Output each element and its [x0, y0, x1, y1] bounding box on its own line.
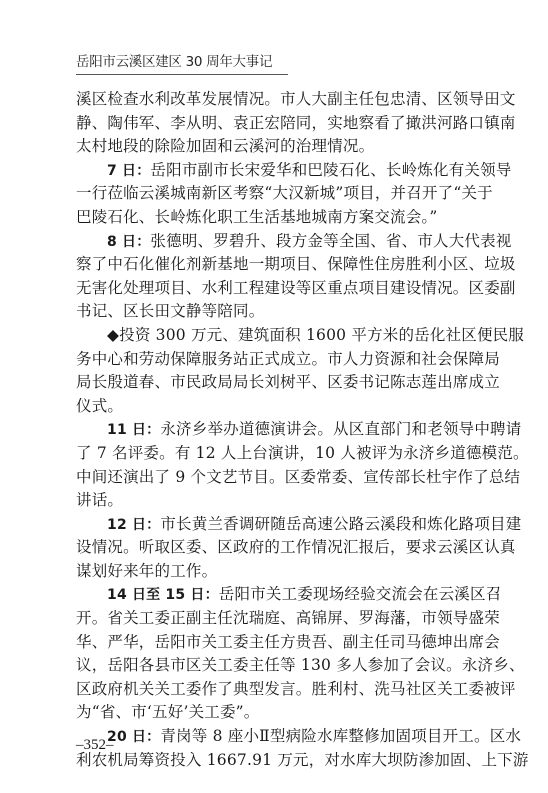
- text-line: 中间还演出了 9 个文艺节目。区委常委、宣传部长杜宇作了总结: [76, 466, 474, 490]
- entry-line: 7 日：岳阳市副市长宋爱华和巴陵石化、长岭炼化有关领导: [76, 159, 474, 183]
- entry-date: 11 日：: [107, 422, 160, 438]
- text-line: 溪区检查水利改革发展情况。市人大副主任包忠清、区领导田文: [76, 88, 474, 112]
- entry-line: ◆投资 300 万元、建筑面积 1600 平方米的岳化社区便民服: [76, 324, 474, 348]
- page-number: –352–: [76, 737, 114, 754]
- entry-line: 20 日：青岗等 8 座小Ⅱ型病险水库整修加固项目开工。区水: [76, 725, 474, 749]
- text-line: 无害化处理项目、水利工程建设等区重点项目建设情况。区委副: [76, 277, 474, 301]
- text-line: 讲话。: [76, 489, 474, 513]
- entry-date: 14 日至 15 日：: [107, 587, 219, 603]
- text-line: 谋划好来年的工作。: [76, 560, 474, 584]
- running-header: 岳阳市云溪区建区 30 周年大事记: [76, 50, 288, 70]
- text-line: 仪式。: [76, 395, 474, 419]
- header-rule: [76, 74, 288, 75]
- text-line: 务中心和劳动保障服务站正式成立。市人力资源和社会保障局: [76, 348, 474, 372]
- entry-line: 12 日：市长黄兰香调研随岳高速公路云溪段和炼化路项目建: [76, 513, 474, 537]
- text-line: 察了中石化催化剂新基地一期项目、保障性住房胜利小区、垃圾: [76, 253, 474, 277]
- text-line: 书记、区长田文静等陪同。: [76, 300, 474, 324]
- entry-date: 7 日：: [107, 163, 150, 179]
- entry-date: 8 日：: [107, 234, 150, 250]
- entry-date: 20 日：: [107, 729, 160, 745]
- diamond-bullet-icon: ◆: [107, 326, 119, 344]
- text-line: 议，岳阳各县市区关工委主任等 130 多人参加了会议。永济乡、: [76, 654, 474, 678]
- entry-line: 11 日：永济乡举办道德演讲会。从区直部门和老领导中聘请: [76, 418, 474, 442]
- text-line: 局长殷道春、市民政局局长刘树平、区委书记陈志莲出席成立: [76, 371, 474, 395]
- text-line: 巴陵石化、长岭炼化职工生活基地城南方案交流会。”: [76, 206, 474, 230]
- entry-line: 8 日：张德明、罗碧升、段方金等全国、省、市人大代表视: [76, 230, 474, 254]
- text-line: 华、严华，岳阳市关工委主任方贵吾、副主任司马德坤出席会: [76, 631, 474, 655]
- text-line: 为“省、市‘五好’关工委”。: [76, 701, 474, 725]
- page-body: 溪区检查水利改革发展情况。市人大副主任包忠清、区领导田文 静、陶伟军、李从明、袁…: [76, 88, 474, 772]
- text-line: 了 7 名评委。有 12 人上台演讲，10 人被评为永济乡道德模范。: [76, 442, 474, 466]
- text-line: 区政府机关关工委作了典型发言。胜利村、洗马社区关工委被评: [76, 678, 474, 702]
- entry-date: 12 日：: [107, 517, 160, 533]
- text-line: 静、陶伟军、李从明、袁正宏陪同，实地察看了撖洪河路口镇南: [76, 112, 474, 136]
- entry-line: 14 日至 15 日：岳阳市关工委现场经验交流会在云溪区召: [76, 583, 474, 607]
- text-line: 开。省关工委正副主任沈瑞庭、高锦屏、罗海藩，市领导盛荣: [76, 607, 474, 631]
- text-line: 太村地段的除险加固和云溪河的治理情况。: [76, 135, 474, 159]
- text-line: 利农机局筹资投入 1667.91 万元，对水库大坝防渗加固、上下游: [76, 749, 474, 773]
- header-title: 岳阳市云溪区建区 30 周年大事记: [76, 50, 288, 70]
- text-line: 设情况。听取区委、区政府的工作情况汇报后，要求云溪区认真: [76, 536, 474, 560]
- text-line: 一行莅临云溪城南新区考察“大汉新城”项目，并召开了“关于: [76, 182, 474, 206]
